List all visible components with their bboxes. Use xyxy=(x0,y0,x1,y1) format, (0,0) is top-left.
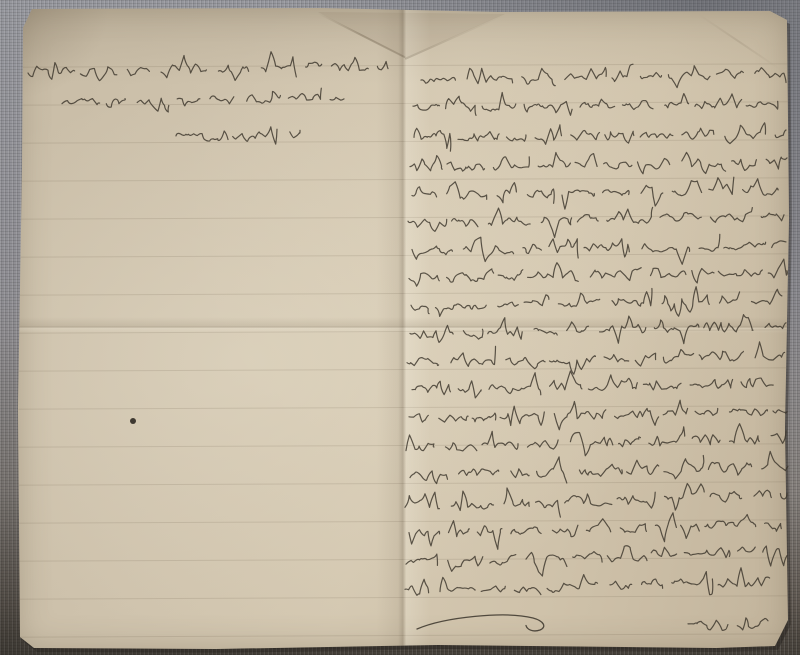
handwritten-line xyxy=(409,513,781,550)
handwritten-line xyxy=(407,342,785,374)
handwritten-line xyxy=(412,234,786,264)
handwritten-line xyxy=(405,568,770,596)
handwritten-line xyxy=(410,451,788,483)
photo-scene xyxy=(0,0,800,655)
signature-handwriting xyxy=(688,618,768,630)
handwritten-line xyxy=(406,546,787,576)
handwritten-line xyxy=(409,259,787,286)
handwritten-line xyxy=(410,315,786,344)
handwritten-line xyxy=(412,371,773,398)
handwritten-line xyxy=(28,52,388,81)
handwritten-line xyxy=(176,127,300,144)
handwritten-line xyxy=(62,88,344,112)
handwritten-line xyxy=(411,287,782,317)
ink-blot xyxy=(130,418,136,424)
handwritten-line xyxy=(414,123,786,151)
handwritten-line xyxy=(409,400,787,430)
right-page-handwriting xyxy=(405,64,788,595)
handwritten-line xyxy=(406,424,786,456)
handwritten-line xyxy=(412,177,778,209)
handwriting-ink-layer xyxy=(0,0,800,655)
handwritten-line xyxy=(688,618,768,630)
handwritten-line xyxy=(408,207,784,237)
handwritten-line xyxy=(410,152,787,173)
left-page-handwriting-inverted xyxy=(28,52,388,144)
handwritten-line xyxy=(413,93,778,116)
handwritten-line xyxy=(421,64,786,87)
handwritten-line xyxy=(405,484,787,518)
underline-flourish xyxy=(417,615,544,631)
